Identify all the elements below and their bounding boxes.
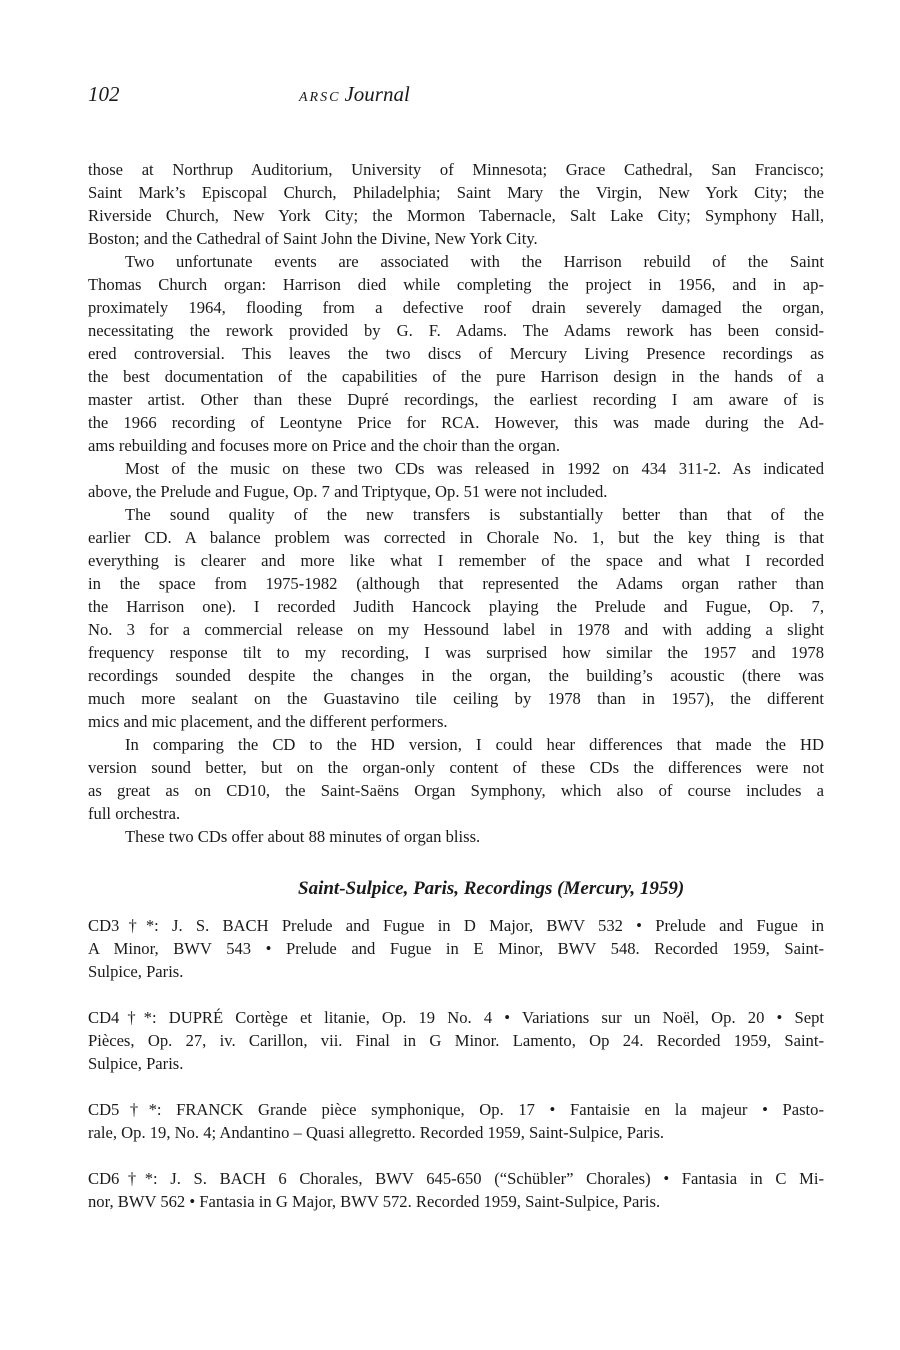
paragraph: Most of the music on these two CDs was r… [88, 457, 824, 503]
text-line: frequency response tilt to my recording,… [88, 641, 824, 664]
cd-entry-cd5: CD5†*: FRANCK Grande pièce symphonique, … [88, 1098, 824, 1144]
text-line: recordings sounded despite the changes i… [88, 664, 824, 687]
cd-entry-cd6: CD6†*: J. S. BACH 6 Chorales, BWV 645-65… [88, 1167, 824, 1213]
text-line: In comparing the CD to the HD version, I… [88, 733, 824, 756]
text-line: CD6†*: J. S. BACH 6 Chorales, BWV 645-65… [88, 1167, 824, 1190]
paragraph: These two CDs offer about 88 minutes of … [88, 825, 824, 848]
text-line: the 1966 recording of Leontyne Price for… [88, 411, 824, 434]
paragraph: In comparing the CD to the HD version, I… [88, 733, 824, 825]
text-line: the best documentation of the capabiliti… [88, 365, 824, 388]
text-line: necessitating the rework provided by G. … [88, 319, 824, 342]
text-line: Pièces, Op. 27, iv. Carillon, vii. Final… [88, 1029, 824, 1052]
text-line: much more sealant on the Guastavino tile… [88, 687, 824, 710]
cd-entry-cd3: CD3†*: J. S. BACH Prelude and Fugue in D… [88, 914, 824, 983]
running-head: 102 ARSCJournal [88, 82, 828, 112]
text-line: version sound better, but on the organ-o… [88, 756, 824, 779]
text-line: A Minor, BWV 543 • Prelude and Fugue in … [88, 937, 824, 960]
text-line: those at Northrup Auditorium, University… [88, 158, 824, 181]
text-line: CD3†*: J. S. BACH Prelude and Fugue in D… [88, 914, 824, 937]
text-line: master artist. Other than these Dupré re… [88, 388, 824, 411]
paragraph: The sound quality of the new transfers i… [88, 503, 824, 733]
journal-smallcaps: ARSC [299, 90, 340, 105]
text-line: earlier CD. A balance problem was correc… [88, 526, 824, 549]
text-line: Most of the music on these two CDs was r… [88, 457, 824, 480]
text-line: proximately 1964, flooding from a defect… [88, 296, 824, 319]
text-line: above, the Prelude and Fugue, Op. 7 and … [88, 480, 824, 503]
text-line: CD4†*: DUPRÉ Cortège et litanie, Op. 19 … [88, 1006, 824, 1029]
text-line: Boston; and the Cathedral of Saint John … [88, 227, 824, 250]
text-line: Riverside Church, New York City; the Mor… [88, 204, 824, 227]
text-line: ams rebuilding and focuses more on Price… [88, 434, 824, 457]
text-line: CD5†*: FRANCK Grande pièce symphonique, … [88, 1098, 824, 1121]
text-line: nor, BWV 562 • Fantasia in G Major, BWV … [88, 1190, 824, 1213]
text-line: as great as on CD10, the Saint-Saëns Org… [88, 779, 824, 802]
text-line: the Harrison one). I recorded Judith Han… [88, 595, 824, 618]
paragraph: those at Northrup Auditorium, University… [88, 158, 824, 250]
cd-entry-cd4: CD4†*: DUPRÉ Cortège et litanie, Op. 19 … [88, 1006, 824, 1075]
text-line: The sound quality of the new transfers i… [88, 503, 824, 526]
text-line: ered controversial. This leaves the two … [88, 342, 824, 365]
text-line: No. 3 for a commercial release on my Hes… [88, 618, 824, 641]
text-line: everything is clearer and more like what… [88, 549, 824, 572]
text-line: in the space from 1975-1982 (although th… [88, 572, 824, 595]
paragraph: Two unfortunate events are associated wi… [88, 250, 824, 457]
discography-entries: CD3†*: J. S. BACH Prelude and Fugue in D… [88, 914, 824, 1236]
page-number: 102 [88, 82, 120, 107]
journal-title: ARSCJournal [299, 82, 410, 107]
text-line: Two unfortunate events are associated wi… [88, 250, 824, 273]
text-line: These two CDs offer about 88 minutes of … [88, 825, 824, 848]
text-line: Saint Mark’s Episcopal Church, Philadelp… [88, 181, 824, 204]
text-line: Thomas Church organ: Harrison died while… [88, 273, 824, 296]
text-line: Sulpice, Paris. [88, 1052, 824, 1075]
text-line: rale, Op. 19, No. 4; Andantino – Quasi a… [88, 1121, 824, 1144]
text-line: full orchestra. [88, 802, 824, 825]
article-body: those at Northrup Auditorium, University… [88, 158, 824, 848]
journal-name: Journal [344, 82, 409, 106]
section-heading: Saint-Sulpice, Paris, Recordings (Mercur… [298, 878, 684, 900]
text-line: mics and mic placement, and the differen… [88, 710, 824, 733]
text-line: Sulpice, Paris. [88, 960, 824, 983]
